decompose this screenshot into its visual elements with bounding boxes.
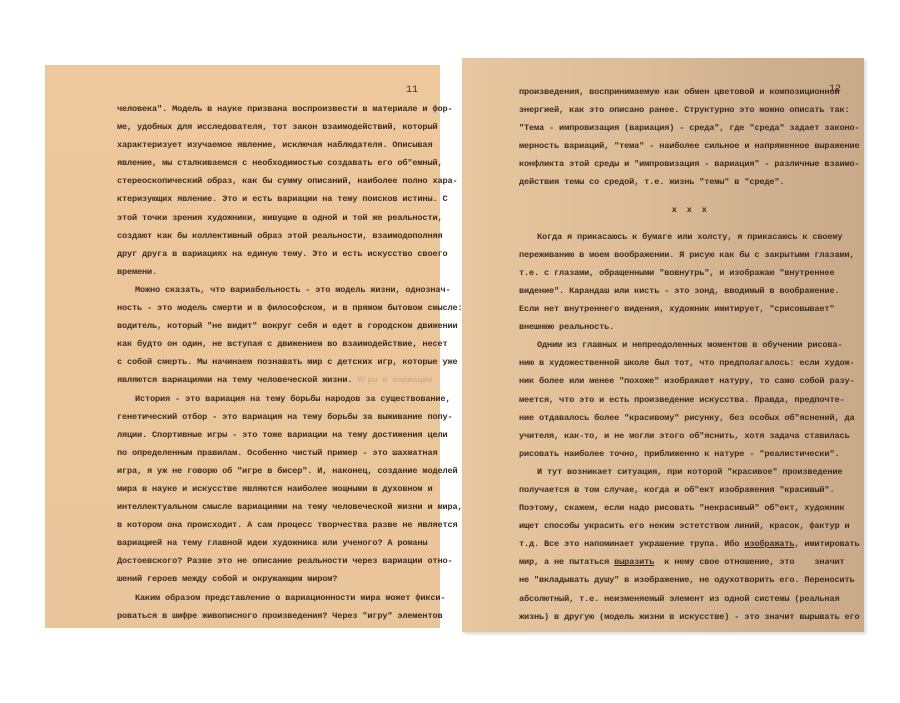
text-line: мир, а не пытаться выразить к нему свое … — [519, 553, 860, 571]
text-line: т.д. Все это напоминает украшение трупа.… — [519, 535, 860, 553]
text-line: игра, я уж не говорю об "игре в бисер". … — [117, 462, 463, 480]
typewritten-page-11: 11 человека". Модель в науке призвана во… — [45, 65, 440, 628]
underlined-word: изображать — [744, 539, 794, 549]
text-line: генетический отбор - это вариация на тем… — [117, 408, 463, 426]
text-line: мира в науке и искусстве являются наибол… — [117, 480, 463, 498]
text-line: Каким образом представление о вариационн… — [117, 589, 463, 607]
text-line: характеризует изучаемое явление, исключа… — [117, 136, 463, 154]
text-line: ме, удобных для исследователя, тот закон… — [117, 118, 463, 136]
text-line: этой точки зрения художники, живущие в о… — [117, 209, 463, 227]
text-line: мерность вариаций, "тема" - наиболее сил… — [519, 137, 860, 155]
text-line: конфликта этой среды и "импровизация - в… — [519, 155, 860, 173]
text-line: "Тема - импровизация (вариация) - среда"… — [519, 119, 860, 137]
text-line: не "вкладывать душу" в изображение, не о… — [519, 571, 860, 589]
text-line: ляции. Спортивные игры - это тоже вариац… — [117, 426, 463, 444]
text-line: в котором она происходит. А сам процесс … — [117, 516, 463, 534]
text-line: стереоскопический образ, как бы сумму оп… — [117, 172, 463, 190]
text-line: т.е. с глазами, обращенными "вовнутрь", … — [519, 264, 860, 282]
text-line: Когда я прикасаюсь к бумаге или холсту, … — [519, 228, 860, 246]
text-line: внешнюю реальность. — [519, 318, 860, 336]
text-line: учителя, как-то, и не могли этого об"ясн… — [519, 427, 860, 445]
text-line: Поэтому, скажем, если надо рисовать "нек… — [519, 499, 860, 517]
underlined-word: выразить — [614, 557, 654, 567]
text-line: произведения, воспринимаемую как обмен ц… — [519, 83, 860, 101]
text-line: являются вариациями на тему человеческой… — [117, 371, 463, 389]
text-line: ищет способы украсить его неким эстетств… — [519, 517, 860, 535]
page-body-text: произведения, воспринимаемую как обмен ц… — [519, 83, 860, 626]
text-line: абсолютный, т.е. неизменяемый элемент из… — [519, 590, 860, 608]
text-line: И тут возникает ситуация, при которой "к… — [519, 463, 860, 481]
text-line: Одним из главных и непреодоленных момент… — [519, 336, 860, 354]
text-line: История - это вариация на тему борьбы на… — [117, 390, 463, 408]
text-line: интеллектуальном смысле вариациями на те… — [117, 498, 463, 516]
text-line: роваться в шифре живописного произведени… — [117, 607, 463, 625]
section-divider: x x x — [519, 201, 860, 219]
text-line: человека". Модель в науке призвана воспр… — [117, 100, 463, 118]
text-line: Достоевского? Разве это не описание реал… — [117, 552, 463, 570]
text-line: времени. — [117, 263, 463, 281]
text-line: Если нет внутреннего видения, художник и… — [519, 300, 860, 318]
text-line: получается в том случае, когда и об"ект … — [519, 481, 860, 499]
text-line: с собой смерть. Мы начинаем познавать ми… — [117, 353, 463, 371]
text-line: как будто он один, не вступая с движение… — [117, 335, 463, 353]
text-line: ник более или менее "похоже" изображает … — [519, 372, 860, 390]
text-line: ние отдавалось более "красивому" рисунку… — [519, 409, 860, 427]
page-body-text: человека". Модель в науке призвана воспр… — [117, 100, 463, 625]
text-line: меется, что это и есть произведение иску… — [519, 391, 860, 409]
typewritten-page-12: 12 произведения, воспринимаемую как обме… — [462, 58, 864, 632]
text-line: шений героев между собой и окружающим ми… — [117, 570, 463, 588]
text-line: по определенным правилам. Особенно чисты… — [117, 444, 463, 462]
text-line: ктеризующих явление. Это и есть вариации… — [117, 190, 463, 208]
text-line: водитель, который "не видит" вокруг себя… — [117, 317, 463, 335]
text-line: явление, мы сталкиваемся с необходимость… — [117, 154, 463, 172]
text-line: нию в художественной школе был тот, что … — [519, 354, 860, 372]
text-line: друг друга в вариациях на единую тему. Э… — [117, 245, 463, 263]
page-number: 11 — [406, 85, 418, 96]
text-line: переживанию в моем воображении. Я рисую … — [519, 246, 860, 264]
text-line: вариацией на тему главной идеи художника… — [117, 534, 463, 552]
text-line: жизнь) в другую (модель жизни в искусств… — [519, 608, 860, 626]
text-line: ность - это модель смерти и в философско… — [117, 299, 463, 317]
faded-text: Игры и вариации — [352, 375, 432, 385]
text-line: Можно сказать, что вариабельность - это … — [117, 281, 463, 299]
text-line: действия темы со средой, т.е. жизнь "тем… — [519, 173, 860, 191]
text-line: видение". Карандаш или кисть - это зонд,… — [519, 282, 860, 300]
text-line: создают как бы коллективный образ этой р… — [117, 227, 463, 245]
text-line: энергией, как это описано ранее. Структу… — [519, 101, 860, 119]
text-line: рисовать наиболее точно, приближенно к н… — [519, 445, 860, 463]
